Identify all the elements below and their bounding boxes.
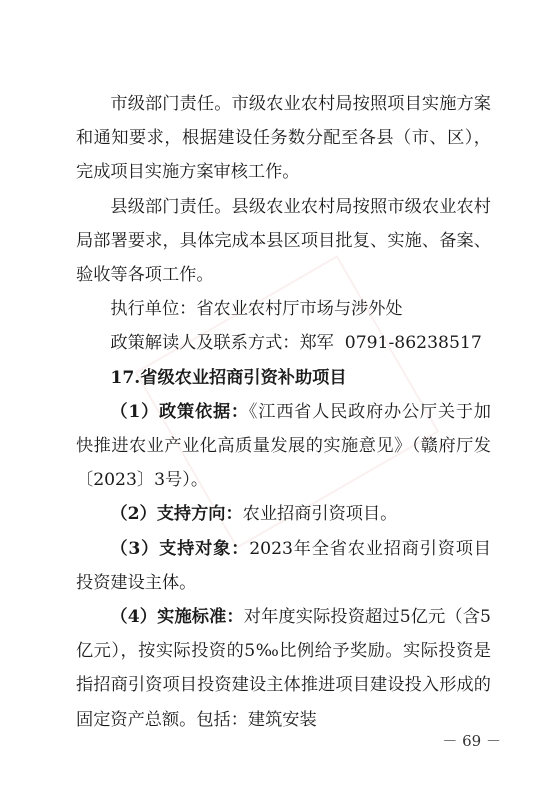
item-text: 农业招商引资项目。 bbox=[243, 504, 398, 524]
paragraph-county-duty: 县级部门责任。县级农业农村局按照市级农业农村局部署要求，具体完成本县区项目批复、… bbox=[76, 190, 491, 293]
item-label: （1）政策依据： bbox=[110, 402, 248, 422]
paragraph-exec-unit: 执行单位：省农业农村厅市场与涉外处 bbox=[76, 292, 491, 326]
document-body: 市级部门责任。市级农业农村局按照项目实施方案和通知要求，根据建设任务数分配至各县… bbox=[76, 87, 491, 737]
item-support-target: （3）支持对象：2023年全省农业招商引资项目投资建设主体。 bbox=[76, 532, 491, 600]
item-support-direction: （2）支持方向：农业招商引资项目。 bbox=[76, 497, 491, 531]
item-label: （2）支持方向： bbox=[110, 504, 242, 524]
section-heading: 17.省级农业招商引资补助项目 bbox=[76, 361, 491, 395]
item-policy-basis: （1）政策依据：《江西省人民政府办公厅关于加快推进农业产业化高质量发展的实施意见… bbox=[76, 395, 491, 498]
document-page: 市级部门责任。市级农业农村局按照项目实施方案和通知要求，根据建设任务数分配至各县… bbox=[0, 0, 559, 793]
page-number: － 69 － bbox=[442, 730, 501, 751]
item-label: （3）支持对象： bbox=[110, 539, 249, 559]
item-label: （4）实施标准： bbox=[110, 607, 243, 627]
paragraph-contact: 政策解读人及联系方式：郑军 0791-86238517 bbox=[76, 326, 491, 360]
paragraph-city-duty: 市级部门责任。市级农业农村局按照项目实施方案和通知要求，根据建设任务数分配至各县… bbox=[76, 87, 491, 190]
item-standard: （4）实施标准：对年度实际投资超过5亿元（含5亿元），按实际投资的5‰比例给予奖… bbox=[76, 600, 491, 737]
